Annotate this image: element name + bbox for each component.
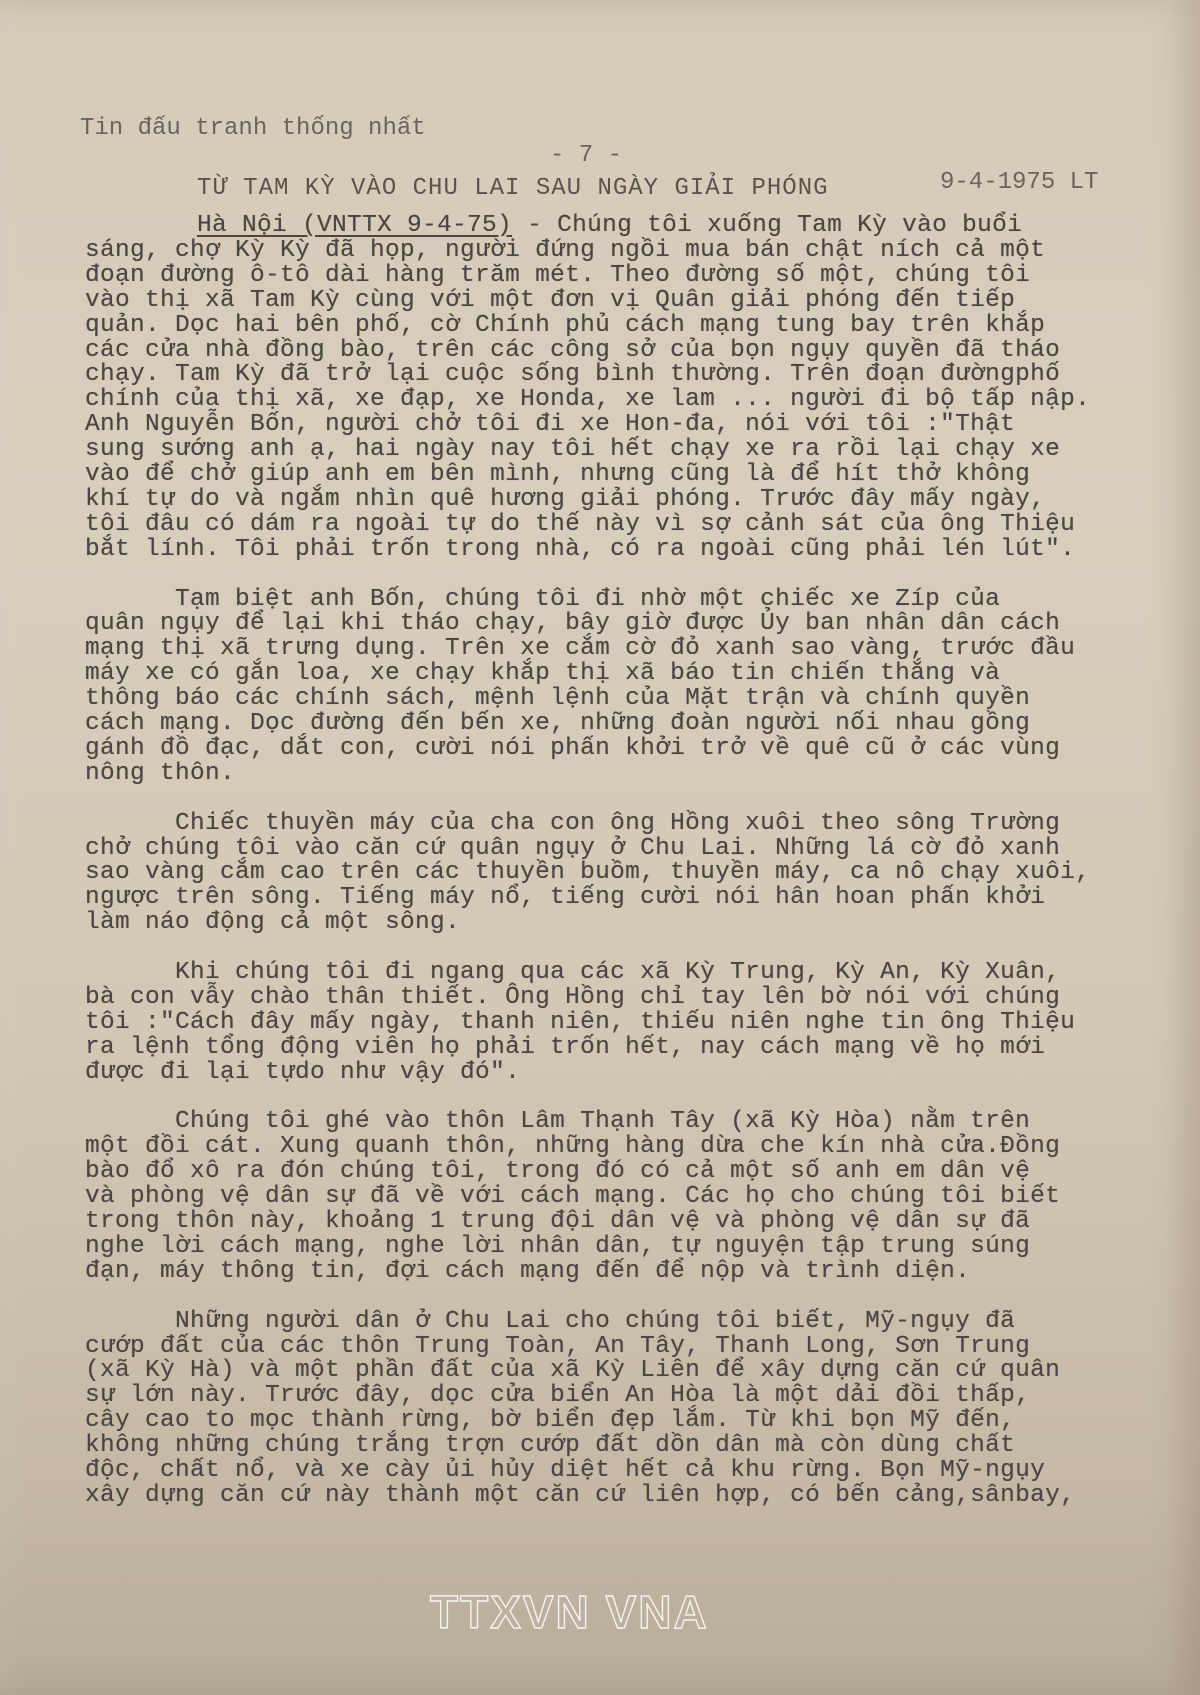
date-code: 9-4-1975 LT	[940, 169, 1098, 196]
watermark-logo: TTXVN VNA	[430, 1585, 709, 1639]
text-line: Những người dân ở Chu Lai cho chúng tôi …	[85, 1308, 1015, 1335]
text-line: nông thôn.	[85, 760, 235, 787]
text-line: cướp đất của các thôn Trung Toàn, An Tây…	[85, 1333, 1030, 1360]
text-line: cây cao to mọc thành rừng, bờ biển đẹp l…	[85, 1407, 1015, 1434]
text-line: Chúng tôi ghé vào thôn Lâm Thạnh Tây (xã…	[85, 1108, 1030, 1135]
text-line: (xã Kỳ Hà) và một phần đất của xã Kỳ Liê…	[85, 1357, 1060, 1384]
text-line: và phòng vệ dân sự đã về với cách mạng. …	[85, 1183, 1060, 1210]
text-line: đạn, máy thông tin, đợi cách mạng đến để…	[85, 1258, 970, 1285]
text-line: sự lớn này. Trước đây, dọc cửa biển An H…	[85, 1382, 1030, 1409]
text-line: đoạn đường ô-tô dài hàng trăm mét. Theo …	[85, 262, 1030, 289]
text-line: gánh đồ đạc, dắt con, cười nói phấn khởi…	[85, 735, 1060, 762]
text-line: chính của thị xã, xe đạp, xe Honda, xe l…	[85, 386, 1090, 413]
text-line: không những chúng trắng trợn cướp đất dồ…	[85, 1432, 1015, 1459]
text-line: Anh Nguyễn Bốn, người chở tôi đi xe Hon-…	[85, 411, 1015, 438]
document-page: Tin đấu tranh thống nhất - 7 - 9-4-1975 …	[0, 0, 1200, 1695]
text-line: sung sướng anh ạ, hai ngày nay tôi hết c…	[85, 436, 1060, 463]
text-line: quản. Dọc hai bên phố, cờ Chính phủ cách…	[85, 312, 1045, 339]
text-line-content: - Chúng tôi xuống Tam Kỳ vào buổi	[512, 212, 1022, 239]
text-line: Tạm biệt anh Bốn, chúng tôi đi nhờ một c…	[85, 586, 1000, 613]
article-title: TỪ TAM KỲ VÀO CHU LAI SAU NGÀY GIẢI PHÓN…	[197, 175, 829, 202]
text-line: tôi đâu có dám ra ngoài tự do thế này vì…	[85, 511, 1075, 538]
text-line: thông báo các chính sách, mệnh lệnh của …	[85, 685, 1030, 712]
text-line: nghe lời cách mạng, nghe lời nhân dân, t…	[85, 1233, 1030, 1260]
text-line: khí tự do và ngắm nhìn quê hương giải ph…	[85, 486, 1045, 513]
page-header: Tin đấu tranh thống nhất - 7 - 9-4-1975 …	[80, 88, 1140, 223]
text-line: làm náo động cả một sông.	[85, 909, 460, 936]
publication-name: Tin đấu tranh thống nhất	[80, 115, 426, 142]
text-line: trong thôn này, khoảng 1 trung đội dân v…	[85, 1208, 1030, 1235]
text-line: độc, chất nổ, và xe cày ủi hủy diệt hết …	[85, 1457, 1045, 1484]
text-line: sáng, chợ Kỳ Kỳ đã họp, người đứng ngồi …	[85, 237, 1045, 264]
text-line: Chiếc thuyền máy của cha con ông Hồng xu…	[85, 810, 1060, 837]
text-line: máy xe có gắn loa, xe chạy khắp thị xã b…	[85, 660, 1000, 687]
text-line: tôi :"Cách đây mấy ngày, thanh niên, thi…	[85, 1009, 1075, 1036]
text-line: quân ngụy để lại khi tháo chạy, bây giờ …	[85, 610, 1060, 637]
text-line: chạy. Tam Kỳ đã trở lại cuộc sống bình t…	[85, 361, 1060, 388]
text-line: ra lệnh tổng động viên họ phải trốn hết,…	[85, 1034, 1045, 1061]
dateline: Hà Nội (VNTTX 9-4-75)	[197, 212, 512, 239]
text-line: bào đổ xô ra đón chúng tôi, trong đó có …	[85, 1158, 1030, 1185]
text-line: mạng thị xã trưng dụng. Trên xe cắm cờ đ…	[85, 635, 1075, 662]
text-line: vào thị xã Tam Kỳ cùng với một đơn vị Qu…	[85, 287, 1015, 314]
text-line: vào để chở giúp anh em bên mình, nhưng c…	[85, 461, 1030, 488]
text-line: chở chúng tôi vào căn cứ quân ngụy ở Chu…	[85, 835, 1060, 862]
text-line: sao vàng cắm cao trên các thuyền buồm, t…	[85, 859, 1090, 886]
page-number: - 7 -	[550, 142, 622, 169]
text-line: xây dựng căn cứ này thành một căn cứ liê…	[85, 1482, 1075, 1509]
text-line: ngược trên sông. Tiếng máy nổ, tiếng cườ…	[85, 884, 1045, 911]
text-line: các cửa nhà đồng bào, trên các công sở c…	[85, 337, 1060, 364]
text-line: bà con vẫy chào thân thiết. Ông Hồng chỉ…	[85, 984, 1060, 1011]
text-line: một đồi cát. Xung quanh thôn, những hàng…	[85, 1133, 1060, 1160]
text-line: cách mạng. Dọc đường đến bến xe, những đ…	[85, 710, 1030, 737]
text-line: Khi chúng tôi đi ngang qua các xã Kỳ Tru…	[85, 959, 1060, 986]
text-line: Hà Nội (VNTTX 9-4-75) - Chúng tôi xuống …	[197, 212, 1022, 239]
text-line: được đi lại tựdo như vậy đó".	[85, 1059, 520, 1086]
text-line: bắt lính. Tôi phải trốn trong nhà, có ra…	[85, 536, 1075, 563]
